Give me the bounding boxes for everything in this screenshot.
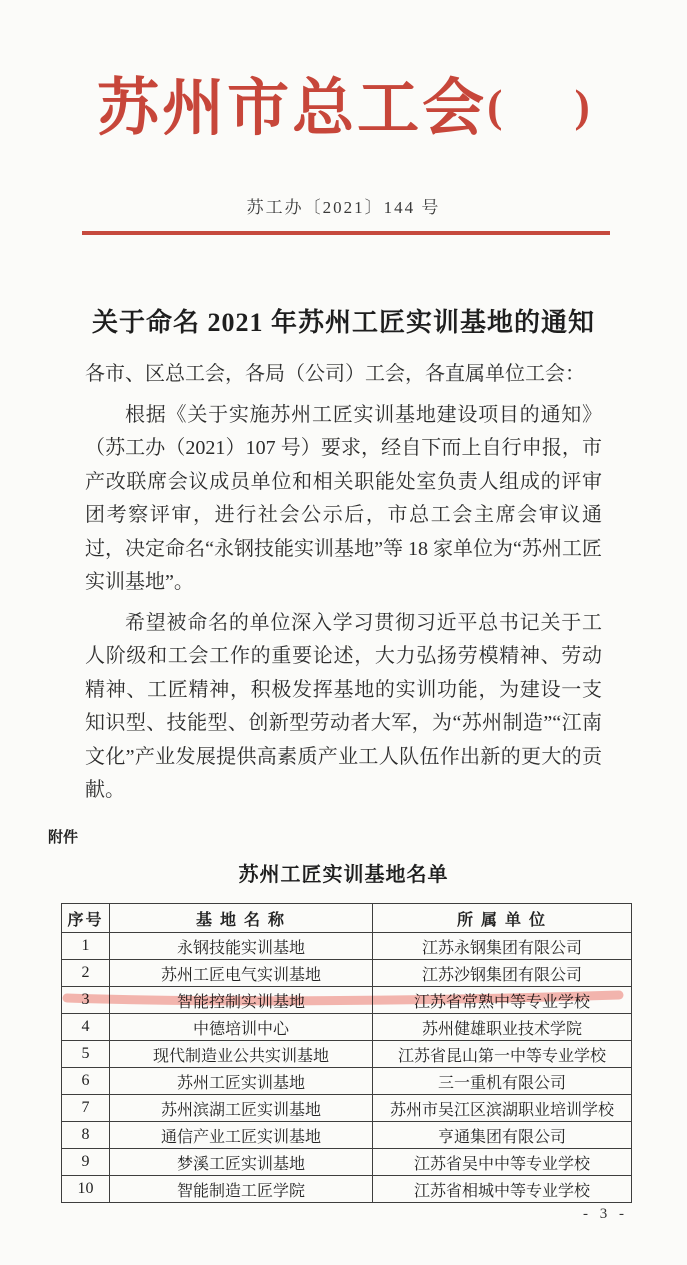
cell-base: 智能控制实训基地 bbox=[110, 987, 373, 1014]
cell-no: 10 bbox=[62, 1176, 110, 1203]
table-row: 10 智能制造工匠学院 江苏省相城中等专业学校 bbox=[62, 1176, 632, 1203]
paren-close: ) bbox=[575, 80, 590, 131]
cell-no: 2 bbox=[62, 960, 110, 987]
cell-base: 苏州滨湖工匠实训基地 bbox=[110, 1095, 373, 1122]
table-row: 9 梦溪工匠实训基地 江苏省吴中中等专业学校 bbox=[62, 1149, 632, 1176]
column-header-base: 基 地 名 称 bbox=[110, 904, 373, 933]
document-number: 苏工办〔2021〕144 号 bbox=[0, 193, 687, 218]
notice-title: 关于命名 2021 年苏州工匠实训基地的通知 bbox=[0, 302, 687, 339]
body-paragraph: 希望被命名的单位深入学习贯彻习近平总书记关于工人阶级和工会工作的重要论述，大力弘… bbox=[85, 607, 602, 808]
page-number: - 3 - bbox=[583, 1206, 628, 1223]
table-row: 4 中德培训中心 苏州健雄职业技术学院 bbox=[62, 1014, 632, 1041]
org-name-text: 苏州市总工会 bbox=[97, 75, 487, 143]
cell-unit: 江苏省昆山第一中等专业学校 bbox=[373, 1041, 632, 1068]
notice-body: 各市、区总工会，各局（公司）工会，各直属单位工会： 根据《关于实施苏州工匠实训基… bbox=[85, 358, 602, 808]
table-row: 5 现代制造业公共实训基地 江苏省昆山第一中等专业学校 bbox=[62, 1041, 632, 1068]
cell-no: 5 bbox=[62, 1041, 110, 1068]
cell-no: 9 bbox=[62, 1149, 110, 1176]
cell-no: 4 bbox=[62, 1014, 110, 1041]
cell-base: 梦溪工匠实训基地 bbox=[110, 1149, 373, 1176]
table-row: 6 苏州工匠实训基地 三一重机有限公司 bbox=[62, 1068, 632, 1095]
cell-base: 通信产业工匠实训基地 bbox=[110, 1122, 373, 1149]
table-row-highlighted: 3 智能控制实训基地 江苏省常熟中等专业学校 bbox=[62, 987, 632, 1014]
cell-no: 7 bbox=[62, 1095, 110, 1122]
column-header-no: 序号 bbox=[62, 904, 110, 933]
paren-open: ( bbox=[487, 80, 502, 131]
table-header-row: 序号 基 地 名 称 所 属 单 位 bbox=[62, 904, 632, 933]
cell-unit: 苏州市吴江区滨湖职业培训学校 bbox=[373, 1095, 632, 1122]
body-paragraph: 根据《关于实施苏州工匠实训基地建设项目的通知》（苏工办（2021）107 号）要… bbox=[85, 399, 602, 600]
training-base-table: 序号 基 地 名 称 所 属 单 位 1 永钢技能实训基地 江苏永钢集团有限公司… bbox=[61, 903, 632, 1203]
attachment-table-title: 苏州工匠实训基地名单 bbox=[0, 858, 687, 887]
table-row: 7 苏州滨湖工匠实训基地 苏州市吴江区滨湖职业培训学校 bbox=[62, 1095, 632, 1122]
cell-unit: 江苏省常熟中等专业学校 bbox=[373, 987, 632, 1014]
cell-unit: 江苏永钢集团有限公司 bbox=[373, 933, 632, 960]
cell-unit: 亨通集团有限公司 bbox=[373, 1122, 632, 1149]
table-row: 1 永钢技能实训基地 江苏永钢集团有限公司 bbox=[62, 933, 632, 960]
letterhead-org-name: 苏州市总工会() bbox=[0, 58, 687, 147]
cell-unit: 江苏省相城中等专业学校 bbox=[373, 1176, 632, 1203]
cell-unit: 江苏省吴中中等专业学校 bbox=[373, 1149, 632, 1176]
cell-base: 苏州工匠实训基地 bbox=[110, 1068, 373, 1095]
salutation-line: 各市、区总工会，各局（公司）工会，各直属单位工会： bbox=[85, 358, 602, 392]
table-row: 2 苏州工匠电气实训基地 江苏沙钢集团有限公司 bbox=[62, 960, 632, 987]
cell-base: 苏州工匠电气实训基地 bbox=[110, 960, 373, 987]
table-row: 8 通信产业工匠实训基地 亨通集团有限公司 bbox=[62, 1122, 632, 1149]
cell-no: 6 bbox=[62, 1068, 110, 1095]
cell-unit: 苏州健雄职业技术学院 bbox=[373, 1014, 632, 1041]
cell-base: 现代制造业公共实训基地 bbox=[110, 1041, 373, 1068]
cell-base: 中德培训中心 bbox=[110, 1014, 373, 1041]
cell-unit: 三一重机有限公司 bbox=[373, 1068, 632, 1095]
document-page: 苏州市总工会() 苏工办〔2021〕144 号 关于命名 2021 年苏州工匠实… bbox=[0, 0, 687, 1265]
cell-base: 智能制造工匠学院 bbox=[110, 1176, 373, 1203]
attachment-label: 附件 bbox=[48, 826, 78, 847]
cell-no: 3 bbox=[62, 987, 110, 1014]
cell-unit: 江苏沙钢集团有限公司 bbox=[373, 960, 632, 987]
letterhead-divider-rule bbox=[82, 231, 610, 235]
column-header-unit: 所 属 单 位 bbox=[373, 904, 632, 933]
cell-no: 1 bbox=[62, 933, 110, 960]
cell-base: 永钢技能实训基地 bbox=[110, 933, 373, 960]
cell-no: 8 bbox=[62, 1122, 110, 1149]
